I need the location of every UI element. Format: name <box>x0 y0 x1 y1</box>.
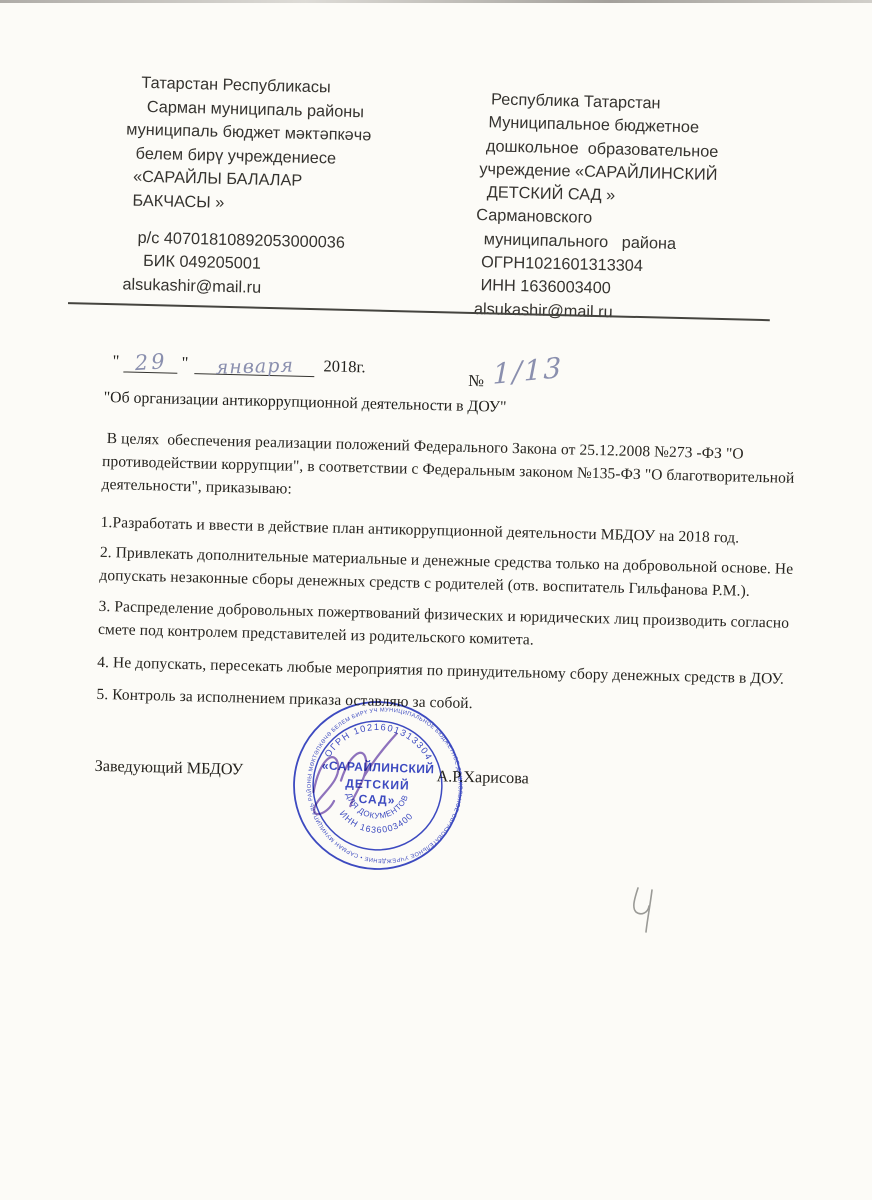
paragraph-item-2: 2. Привлекать дополнительные материальны… <box>99 541 793 604</box>
date-row: " 29 " января 2018г. <box>112 347 366 378</box>
letterhead-right-russian: Республика Татарстан Муниципальное бюдже… <box>474 88 780 328</box>
scanned-page: Татарстан Республикасы Сарман муниципаль… <box>0 0 872 1200</box>
signature-scribble-icon <box>295 729 450 832</box>
page-number-handwritten <box>612 878 672 942</box>
handwritten-number: 1/13 <box>492 351 563 391</box>
day-underline: 29 <box>123 347 178 373</box>
handwritten-day: 29 <box>134 349 168 375</box>
quote-mark: " <box>181 353 188 372</box>
number-sign: № <box>468 371 484 390</box>
month-underline: января <box>194 351 315 377</box>
order-title: "Об организации антикоррупционной деятел… <box>103 389 506 417</box>
signer-position: Заведующий МБДОУ <box>94 757 243 780</box>
bank-details: р/с 40701810892053000036 БИК 049205001 a… <box>122 226 424 304</box>
scan-edge-artifact <box>0 0 872 3</box>
letterhead-left-tatar: Татарстан Республикасы Сарман муниципаль… <box>122 71 427 304</box>
document-content: Татарстан Республикасы Сарман муниципаль… <box>41 58 828 1176</box>
document-number: № 1/13 <box>468 360 560 395</box>
quote-mark: " <box>112 351 119 370</box>
year-label: 2018г. <box>323 356 365 376</box>
paragraph-item-3: 3. Распределение добровольных пожертвова… <box>98 595 790 658</box>
handwritten-month: января <box>215 355 294 379</box>
paragraph-preamble: В целях обеспечения реализации положений… <box>101 427 795 513</box>
